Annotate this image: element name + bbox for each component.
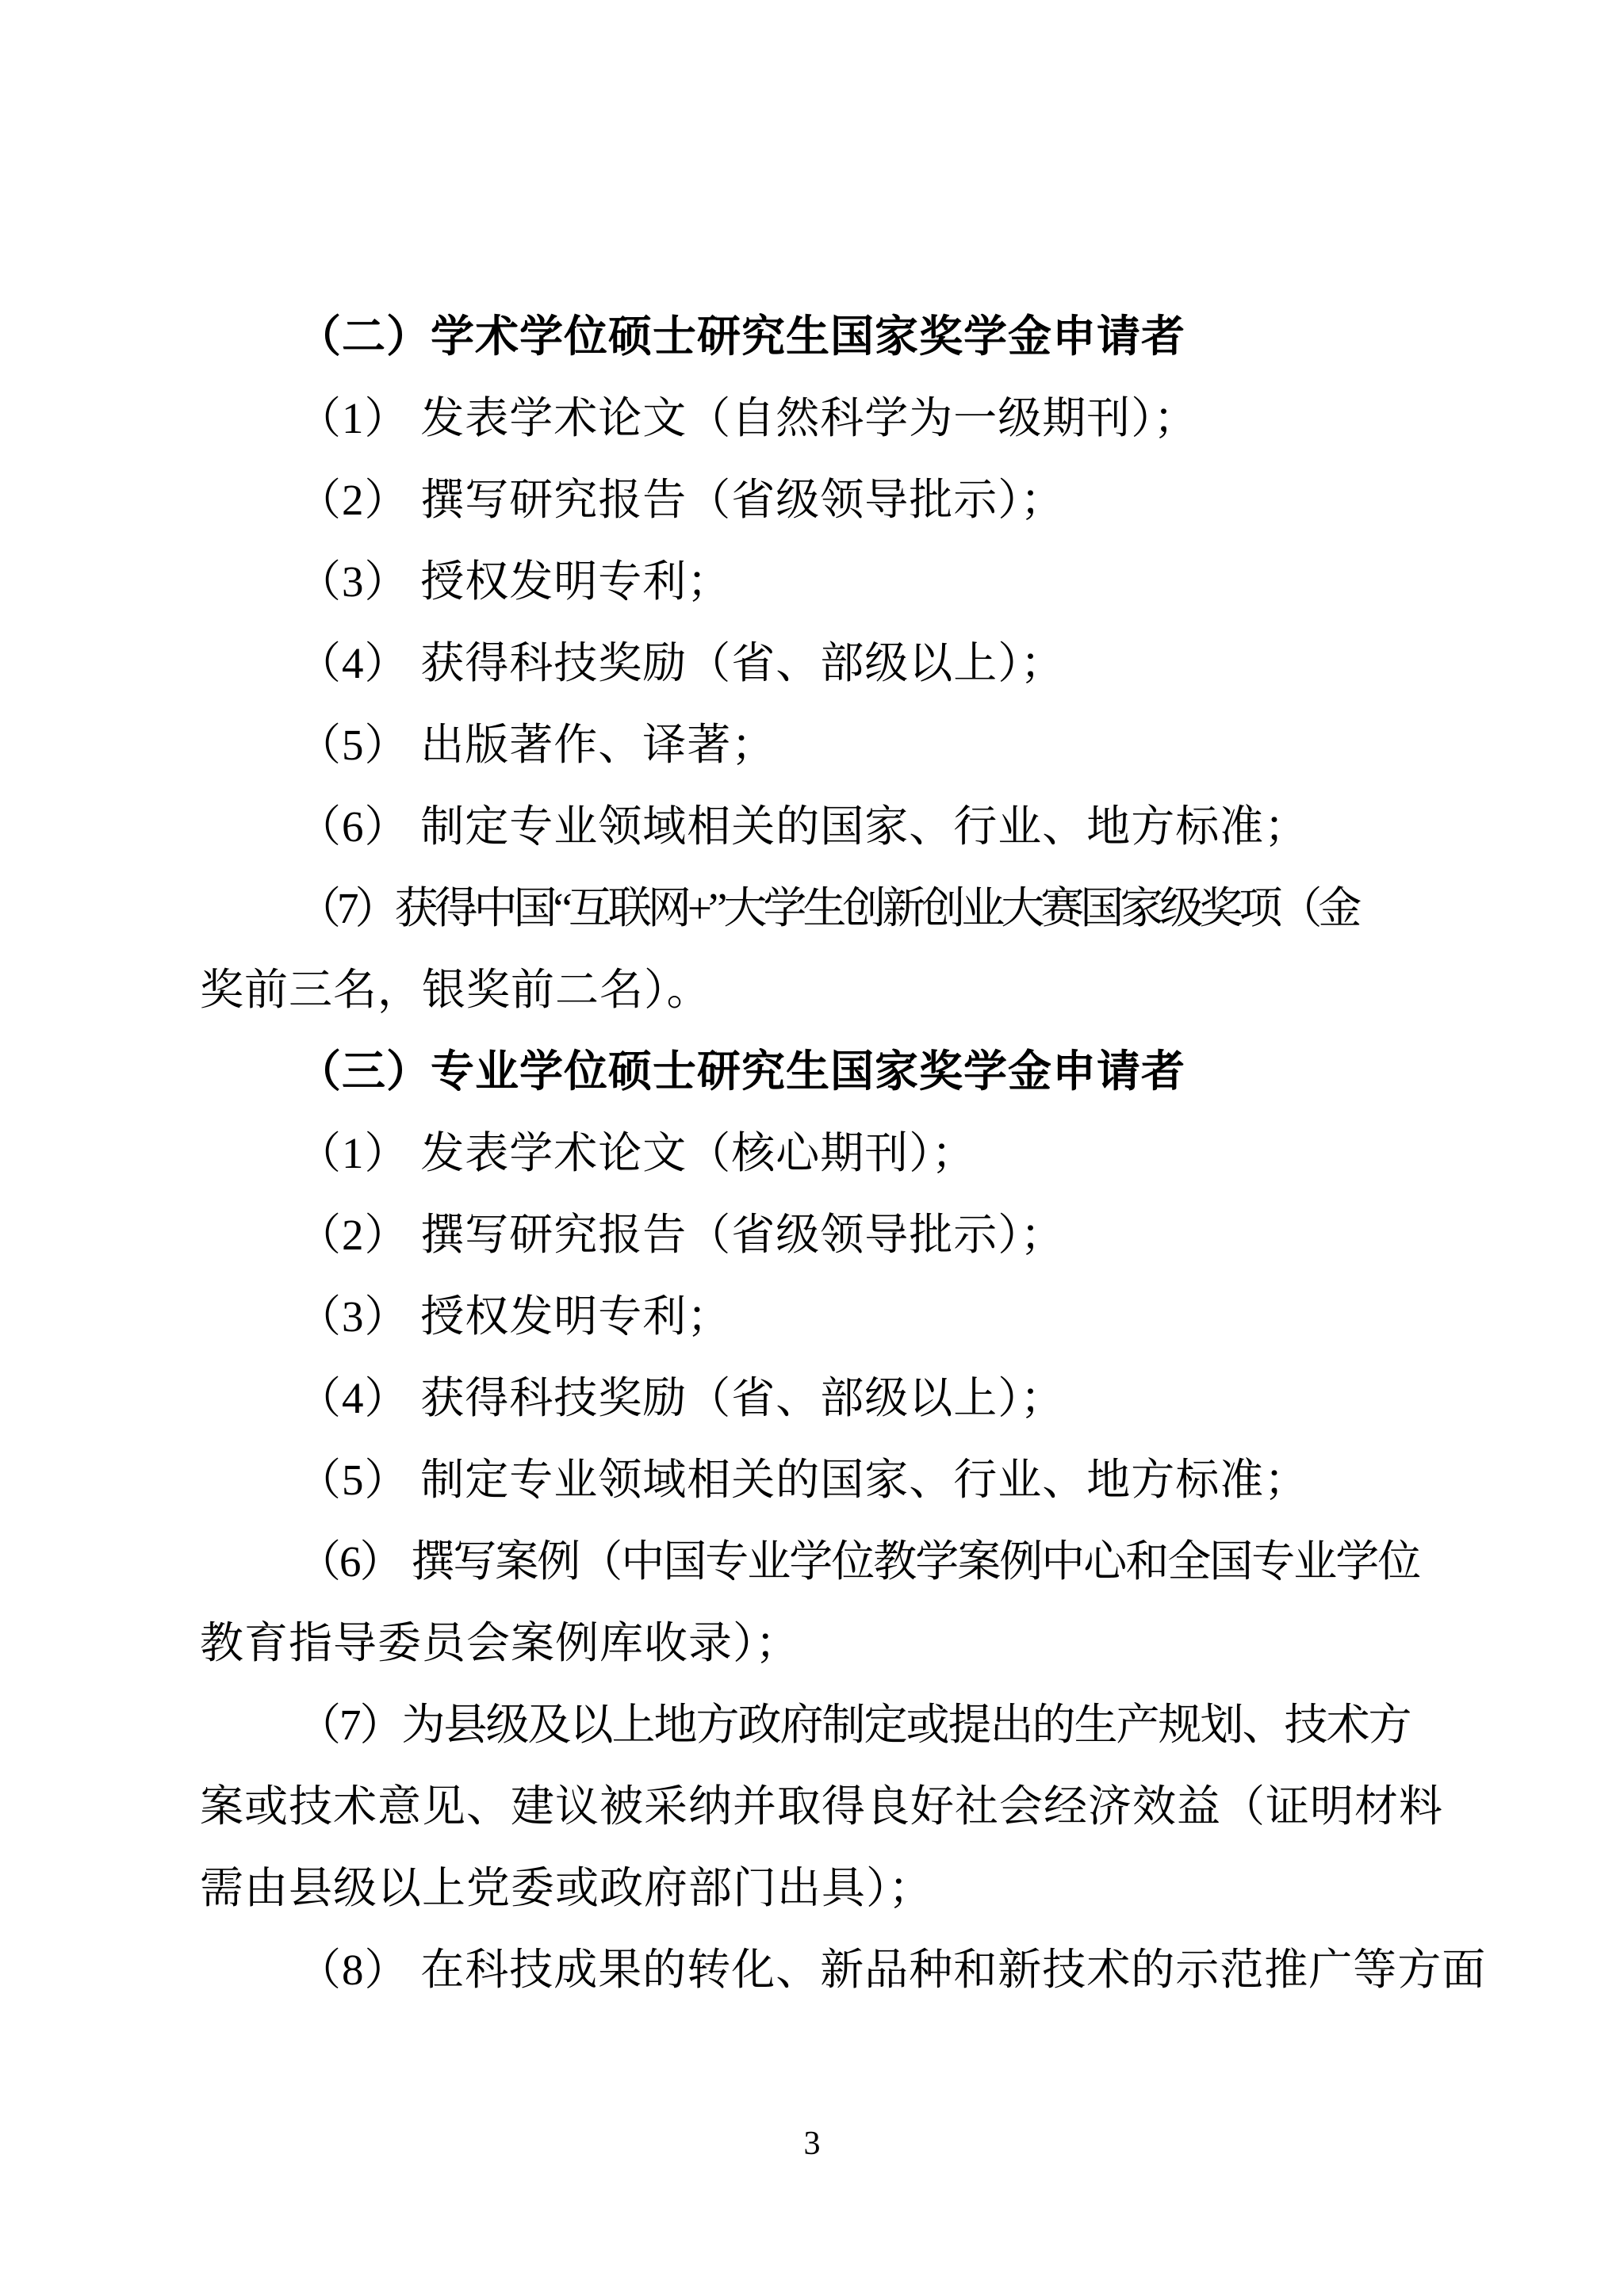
section-3-item-7-line-2: 案或技术意见、建议被采纳并取得良好社会经济效益（证明材料	[200, 1766, 1435, 1847]
section-2-item-5: （5） 出版著作、译著；	[200, 704, 1435, 786]
section-3-item-3: （3） 授权发明专利；	[200, 1276, 1435, 1357]
page-footer: 3	[0, 2125, 1624, 2163]
document-page: （二）学术学位硕士研究生国家奖学金申请者 （1） 发表学术论文（自然科学为一级期…	[0, 0, 1624, 2296]
section-2-item-6: （6） 制定专业领域相关的国家、行业、地方标准；	[200, 786, 1435, 867]
section-3-heading: （三）专业学位硕士研究生国家奖学金申请者	[200, 1031, 1435, 1112]
section-3-item-5: （5） 制定专业领域相关的国家、行业、地方标准；	[200, 1439, 1435, 1521]
section-2-item-7-line-1: （7）获得中国“互联网+”大学生创新创业大赛国家级奖项（金	[200, 867, 1435, 949]
section-3-item-7-line-3: 需由县级以上党委或政府部门出具）；	[200, 1847, 1435, 1929]
section-2-item-3: （3） 授权发明专利；	[200, 541, 1435, 622]
section-3-item-1: （1） 发表学术论文（核心期刊）；	[200, 1112, 1435, 1194]
section-2-item-7-line-2: 奖前三名，银奖前二名）。	[200, 949, 1435, 1031]
section-2-heading: （二）学术学位硕士研究生国家奖学金申请者	[200, 296, 1435, 377]
section-3-item-4: （4） 获得科技奖励（省、部级以上）；	[200, 1357, 1435, 1439]
document-body: （二）学术学位硕士研究生国家奖学金申请者 （1） 发表学术论文（自然科学为一级期…	[200, 296, 1435, 2011]
section-2-item-1: （1） 发表学术论文（自然科学为一级期刊）；	[200, 377, 1435, 459]
section-2-item-2: （2） 撰写研究报告（省级领导批示）；	[200, 459, 1435, 541]
page-number: 3	[804, 2126, 821, 2162]
section-2-item-4: （4） 获得科技奖励（省、部级以上）；	[200, 622, 1435, 704]
section-3-item-7-line-1: （7）为县级及以上地方政府制定或提出的生产规划、技术方	[200, 1684, 1435, 1766]
section-3-item-2: （2） 撰写研究报告（省级领导批示）；	[200, 1194, 1435, 1276]
section-3-item-6-line-2: 教育指导委员会案例库收录）；	[200, 1602, 1435, 1684]
section-3-item-8-line-1: （8） 在科技成果的转化、新品种和新技术的示范推广等方面	[200, 1929, 1435, 2011]
section-3-item-6-line-1: （6） 撰写案例（中国专业学位教学案例中心和全国专业学位	[200, 1521, 1435, 1602]
